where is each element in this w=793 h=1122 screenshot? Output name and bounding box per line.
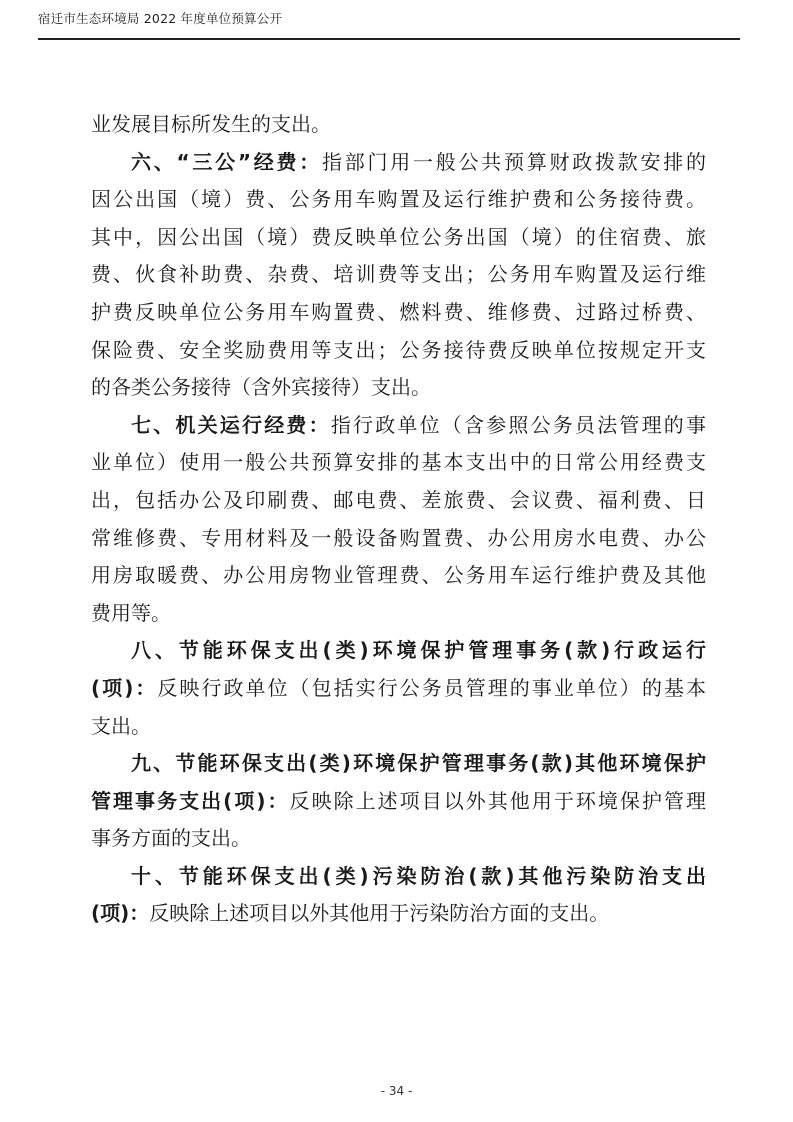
section-heading: 八、节能环保支出(类)环境保护管理事务(款)行政运行 — [91, 632, 706, 670]
text-line: 保险费、安全奖励费用等支出；公务接待费反映单位按规定开支 — [91, 332, 706, 370]
text-line: 费用等。 — [91, 595, 706, 633]
text-line: 常维修费、专用材料及一般设备购置费、办公用房水电费、办公 — [91, 520, 706, 558]
text-line: 用房取暖费、办公用房物业管理费、公务用车运行维护费及其他 — [91, 557, 706, 595]
paragraph-admin-operation: 八、节能环保支出(类)环境保护管理事务(款)行政运行 (项)：反映行政单位（包括… — [91, 632, 706, 745]
section-heading: 十、节能环保支出(类)污染防治(款)其他污染防治支出 — [91, 858, 706, 896]
text-line: 出，包括办公及印刷费、邮电费、差旅费、会议费、福利费、日 — [91, 482, 706, 520]
header-title: 宿迁市生态环境局 2022 年度单位预算公开 — [38, 9, 282, 27]
text-line: 反映行政单位（包括实行公务员管理的事业单位）的基本 — [157, 676, 706, 700]
paragraph-continuation: 业发展目标所发生的支出。 — [91, 106, 706, 144]
text-line: 因公出国（境）费、公务用车购置及运行维护费和公务接待费。 — [91, 181, 706, 219]
document-body: 业发展目标所发生的支出。 六、“三公”经费：指部门用一般公共预算财政拨款安排的 … — [91, 106, 706, 933]
text-line: 的各类公务接待（含外宾接待）支出。 — [91, 369, 706, 407]
paragraph-operating-expenses: 七、机关运行经费：指行政单位（含参照公务员法管理的事 业单位）使用一般公共预算安… — [91, 407, 706, 633]
text-line: 反映除上述项目以外其他用于污染防治方面的支出。 — [149, 901, 609, 925]
text-line: 费、伙食补助费、杂费、培训费等支出；公务用车购置及运行维 — [91, 256, 706, 294]
paragraph-sangong: 六、“三公”经费：指部门用一般公共预算财政拨款安排的 因公出国（境）费、公务用车… — [91, 144, 706, 407]
header-divider — [38, 38, 740, 40]
section-heading-tail: (项)： — [91, 676, 157, 700]
text-line: 其中，因公出国（境）费反映单位公务出国（境）的住宿费、旅 — [91, 219, 706, 257]
text-line: 支出。 — [91, 708, 706, 746]
text-line: 指行政单位（含参照公务员法管理的事 — [331, 413, 706, 437]
text-line: 业单位）使用一般公共预算安排的基本支出中的日常公用经费支 — [91, 444, 706, 482]
paragraph-other-pollution-control: 十、节能环保支出(类)污染防治(款)其他污染防治支出 (项)：反映除上述项目以外… — [91, 858, 706, 933]
paragraph-other-env-management: 九、节能环保支出(类)环境保护管理事务(款)其他环境保护 管理事务支出(项)：反… — [91, 745, 706, 858]
section-heading: 六、“三公”经费： — [131, 150, 322, 174]
section-heading: 七、机关运行经费： — [131, 413, 331, 437]
text-line: 护费反映单位公务用车购置费、燃料费、维修费、过路过桥费、 — [91, 294, 706, 332]
text-line: 反映除上述项目以外其他用于环境保护管理 — [290, 789, 706, 813]
text-line: 事务方面的支出。 — [91, 820, 706, 858]
text-line: 业发展目标所发生的支出。 — [91, 106, 706, 144]
section-heading: 九、节能环保支出(类)环境保护管理事务(款)其他环境保护 — [91, 745, 706, 783]
page-number: - 34 - — [0, 1084, 793, 1098]
section-heading-tail: 管理事务支出(项)： — [91, 789, 290, 813]
text-line: 指部门用一般公共预算财政拨款安排的 — [322, 150, 706, 174]
section-heading-tail: (项)： — [91, 901, 149, 925]
